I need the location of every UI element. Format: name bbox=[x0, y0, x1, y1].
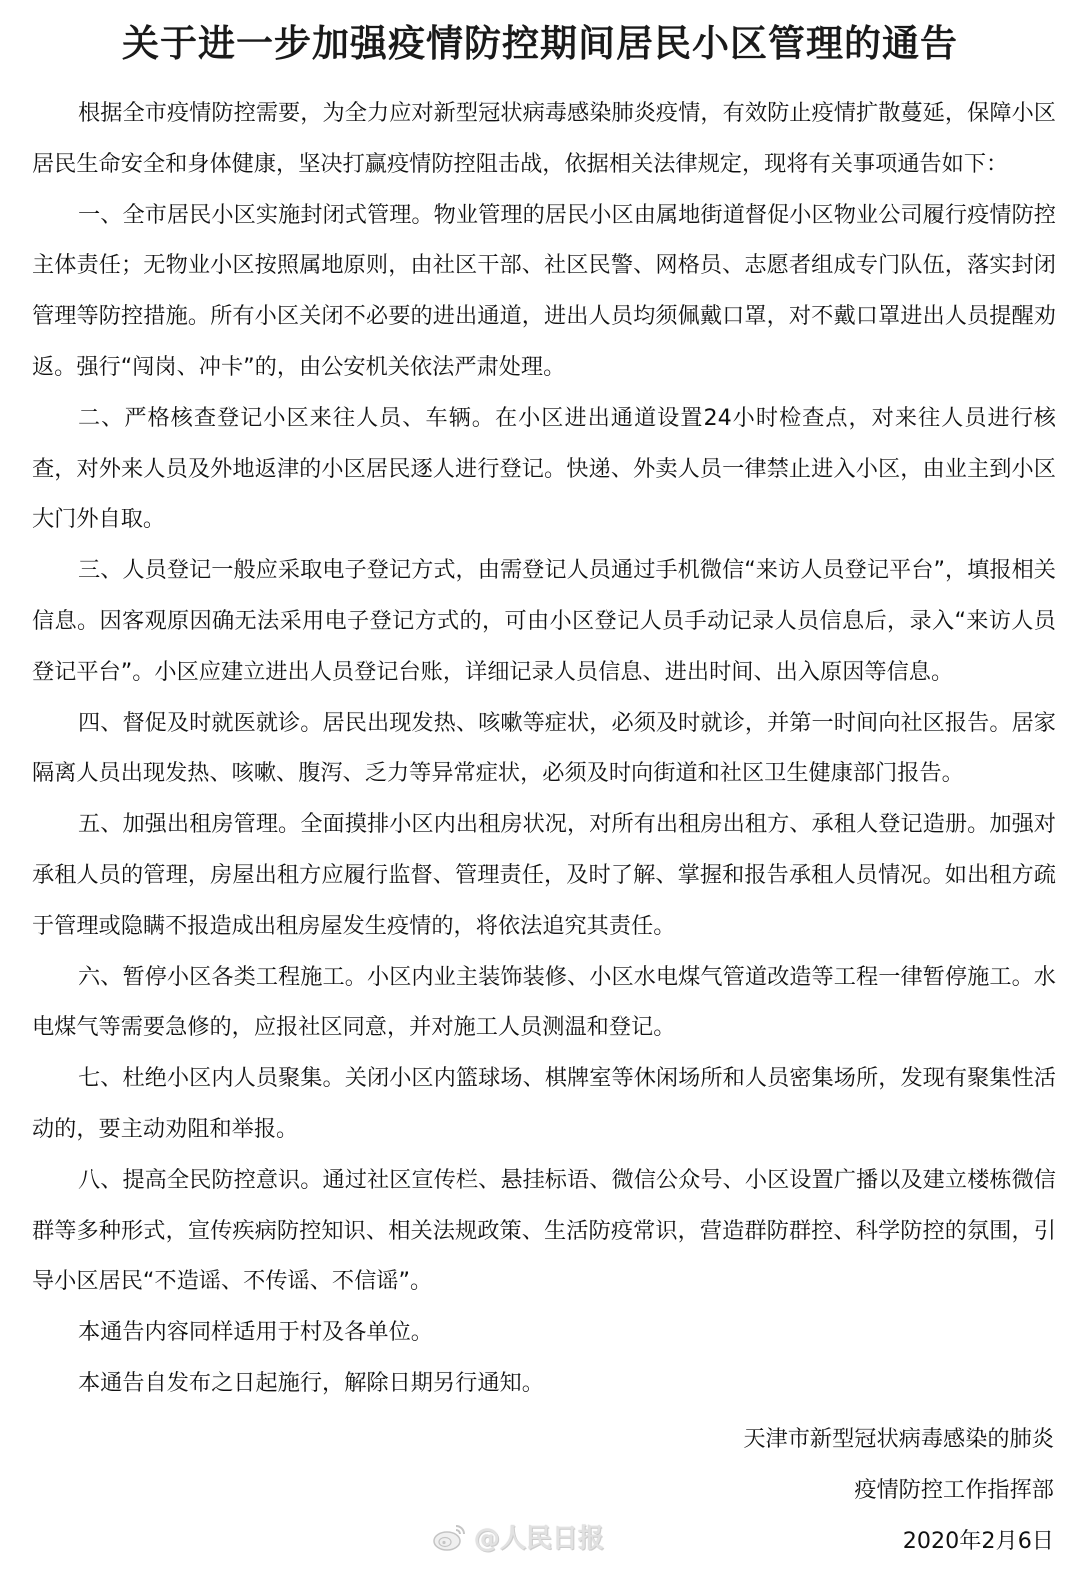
item-6-paragraph: 六、暂停小区各类工程施工。小区内业主装饰装修、小区水电煤气管道改造等工程一律暂停… bbox=[32, 952, 1056, 1054]
item-7-paragraph: 七、杜绝小区内人员聚集。关闭小区内篮球场、棋牌室等休闲场所和人员密集场所，发现有… bbox=[32, 1053, 1056, 1155]
document-title: 关于进一步加强疫情防控期间居民小区管理的通告 bbox=[0, 18, 1080, 70]
intro-paragraph: 根据全市疫情防控需要，为全力应对新型冠状病毒感染肺炎疫情，有效防止疫情扩散蔓延，… bbox=[32, 88, 1056, 190]
item-2-paragraph: 二、严格核查登记小区来往人员、车辆。在小区进出通道设置24小时检查点，对来往人员… bbox=[32, 393, 1056, 545]
issuer-line-2: 疫情防控工作指挥部 bbox=[743, 1465, 1054, 1516]
effective-date-paragraph: 本通告自发布之日起施行，解除日期另行通知。 bbox=[32, 1358, 1056, 1409]
watermark: @人民日报 bbox=[432, 1518, 604, 1555]
item-8-paragraph: 八、提高全民防控意识。通过社区宣传栏、悬挂标语、微信公众号、小区设置广播以及建立… bbox=[32, 1155, 1056, 1307]
issuer-line-1: 天津市新型冠状病毒感染的肺炎 bbox=[743, 1414, 1054, 1465]
watermark-text: @人民日报 bbox=[474, 1518, 604, 1555]
weibo-icon bbox=[432, 1522, 468, 1552]
item-5-paragraph: 五、加强出租房管理。全面摸排小区内出租房状况，对所有出租房出租方、承租人登记造册… bbox=[32, 799, 1056, 951]
item-1-paragraph: 一、全市居民小区实施封闭式管理。物业管理的居民小区由属地街道督促小区物业公司履行… bbox=[32, 190, 1056, 393]
document-body: 根据全市疫情防控需要，为全力应对新型冠状病毒感染肺炎疫情，有效防止疫情扩散蔓延，… bbox=[32, 88, 1056, 1409]
scope-paragraph: 本通告内容同样适用于村及各单位。 bbox=[32, 1307, 1056, 1358]
issue-date: 2020年2月6日 bbox=[743, 1516, 1054, 1567]
signature-block: 天津市新型冠状病毒感染的肺炎 疫情防控工作指挥部 2020年2月6日 bbox=[743, 1414, 1054, 1566]
item-4-paragraph: 四、督促及时就医就诊。居民出现发热、咳嗽等症状，必须及时就诊，并第一时间向社区报… bbox=[32, 698, 1056, 800]
item-3-paragraph: 三、人员登记一般应采取电子登记方式，由需登记人员通过手机微信“来访人员登记平台”… bbox=[32, 545, 1056, 697]
